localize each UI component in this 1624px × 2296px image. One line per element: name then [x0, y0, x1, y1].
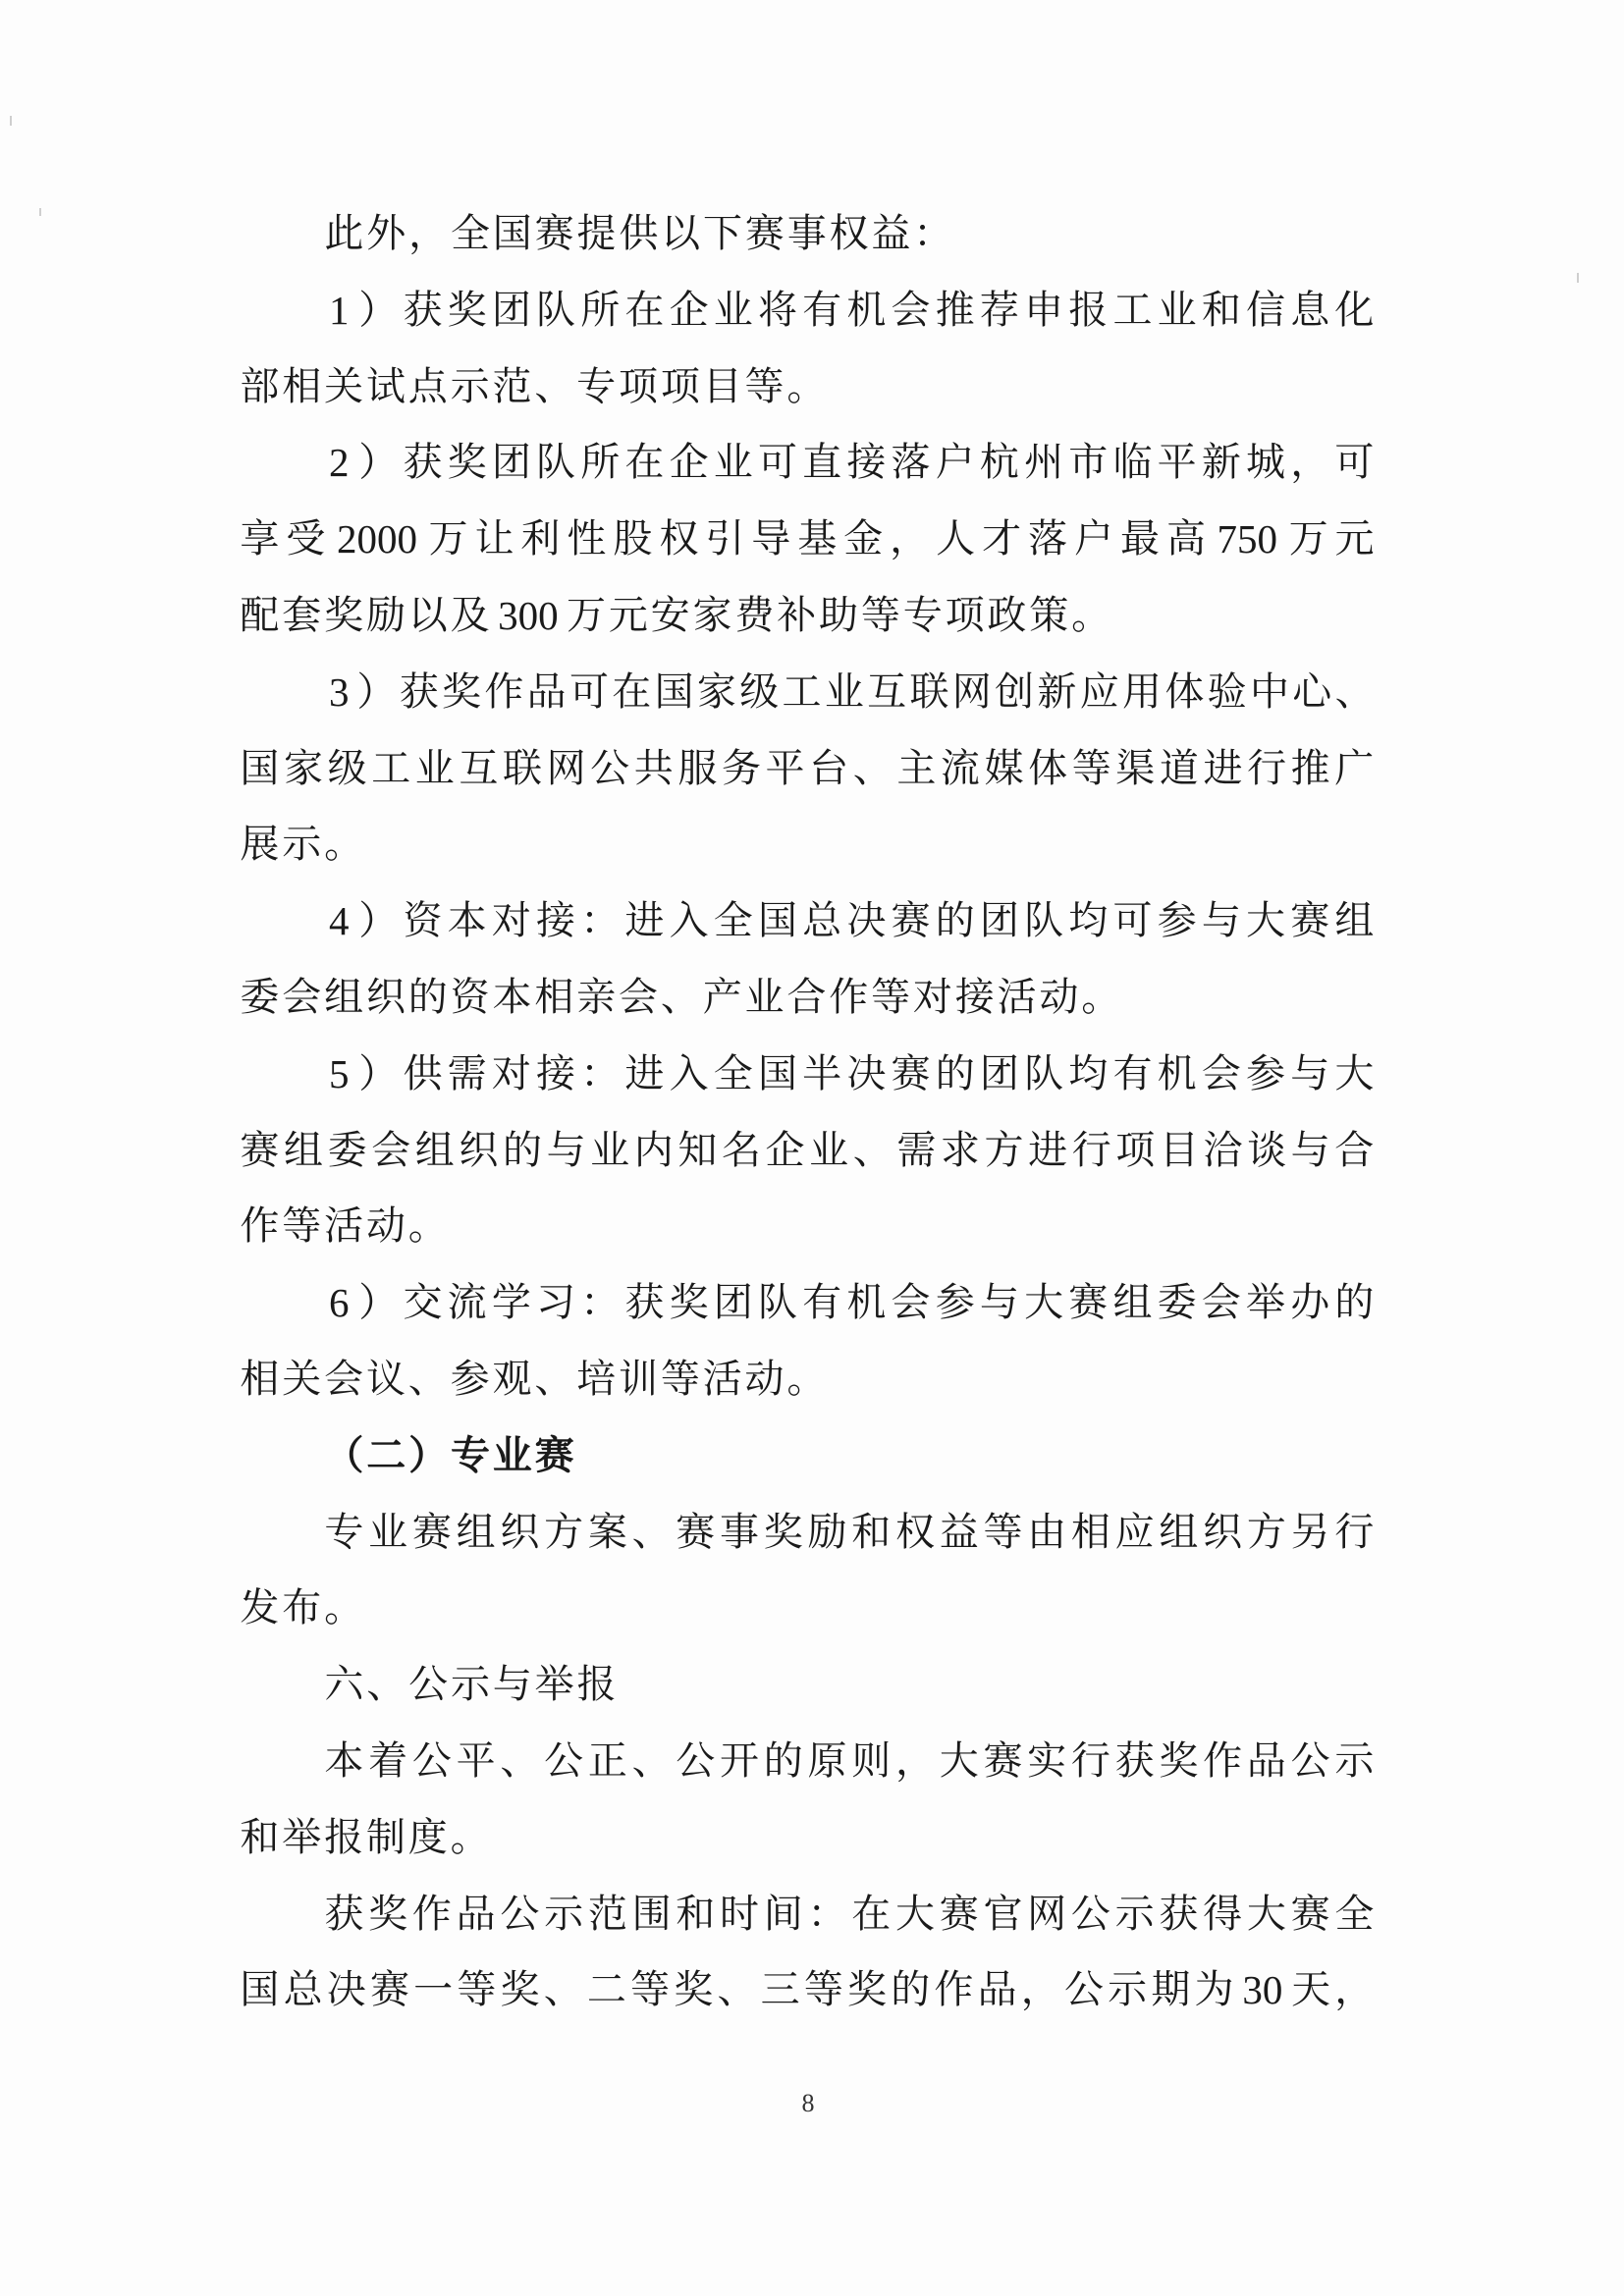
paragraph-line: 相关会议、参观、培训等活动。	[239, 1356, 828, 1403]
document-page: 此外，全国赛提供以下赛事权益：1）获奖团队所在企业将有机会推荐申报工业和信息化部…	[0, 0, 1624, 2296]
paragraph-line: 4）资本对接：进入全国总决赛的团队均可参与大赛组	[323, 897, 1376, 944]
paragraph-line: 配套奖励以及300万元安家费补助等专项政策。	[239, 592, 1112, 639]
scan-artifact	[1577, 273, 1579, 283]
paragraph-line: 部相关试点示范、专项项目等。	[239, 363, 828, 410]
paragraph-line: 5）供需对接：进入全国半决赛的团队均有机会参与大	[323, 1050, 1376, 1097]
paragraph-line: 国总决赛一等奖、二等奖、三等奖的作品，公示期为30天，	[239, 1966, 1376, 2013]
scan-artifact	[39, 208, 41, 216]
paragraph-line: 发布。	[239, 1584, 365, 1631]
paragraph-line: 本着公平、公正、公开的原则，大赛实行获奖作品公示	[323, 1737, 1376, 1785]
paragraph-line: 享受2000万让利性股权引导基金，人才落户最高750万元	[239, 515, 1376, 562]
section-heading: 六、公示与举报	[323, 1661, 618, 1708]
paragraph-line: 展示。	[239, 821, 365, 868]
paragraph-line: 作等活动。	[239, 1202, 449, 1250]
paragraph-line: 委会组织的资本相亲会、产业合作等对接活动。	[239, 974, 1122, 1021]
paragraph-line: 1）获奖团队所在企业将有机会推荐申报工业和信息化	[323, 287, 1376, 334]
paragraph-line: 国家级工业互联网公共服务平台、主流媒体等渠道进行推广	[239, 745, 1376, 792]
page-number: 8	[793, 2089, 823, 2118]
paragraph-line: 2）获奖团队所在企业可直接落户杭州市临平新城，可	[323, 439, 1376, 486]
paragraph-line: 3）获奖作品可在国家级工业互联网创新应用体验中心、	[323, 668, 1376, 716]
paragraph-line: 赛组委会组织的与业内知名企业、需求方进行项目洽谈与合	[239, 1127, 1376, 1174]
scan-artifact	[10, 116, 12, 126]
paragraph-line: 6）交流学习：获奖团队有机会参与大赛组委会举办的	[323, 1279, 1376, 1326]
paragraph-line: 此外，全国赛提供以下赛事权益：	[323, 210, 954, 257]
section-subheading: （二）专业赛	[323, 1432, 575, 1479]
paragraph-line: 专业赛组织方案、赛事奖励和权益等由相应组织方另行	[323, 1509, 1376, 1556]
paragraph-line: 和举报制度。	[239, 1814, 491, 1861]
paragraph-line: 获奖作品公示范围和时间：在大赛官网公示获得大赛全	[323, 1891, 1376, 1938]
